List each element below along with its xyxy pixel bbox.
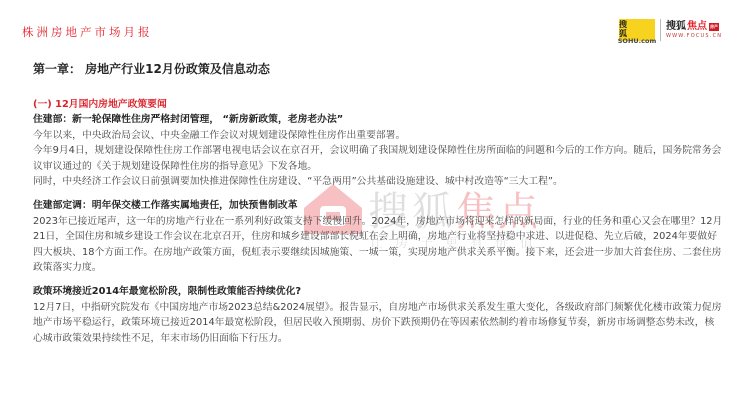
focus-logo-tag: 房产 (709, 23, 719, 31)
focus-logo: 搜狐 焦点 房产 WWW.FOCUS.CN (666, 21, 722, 40)
content-body: (一) 12月国内房地产政策要闻 住建部：新一轮保障性住房严格封闭管理， “新房… (33, 97, 723, 346)
chapter-title: 第一章： 房地产行业12月份政策及信息动态 (33, 60, 270, 77)
logo-divider (660, 19, 661, 41)
focus-logo-main: 搜狐 (666, 21, 686, 33)
article-paragraph: 12月7日，中指研究院发布《中国房地产市场2023总结&2024展望》。报告显示… (33, 300, 723, 346)
article: 住建部：新一轮保障性住房严格封闭管理， “新房新政策，老房老办法” 今年以来，中… (33, 112, 723, 189)
brand-logos: 搜 狐 SOHU.com 搜狐 焦点 房产 WWW.FOCUS.CN (619, 19, 722, 41)
article: 住建部定调：明年保交楼工作落实属地责任，加快预售制改革 2023年已接近尾声，这… (33, 198, 723, 275)
article-heading: 住建部：新一轮保障性住房严格封闭管理， “新房新政策，老房老办法” (33, 112, 723, 127)
article-paragraph: 今年9月4日，规划建设保障性住房工作部署电视电话会议在京召开，会议明确了我国规划… (33, 143, 723, 174)
focus-logo-red: 焦点 (687, 21, 707, 33)
article-heading: 政策环境接近2014年最宽松阶段，限制性政策能否持续优化? (33, 284, 723, 299)
article-paragraph: 2023年已接近尾声，这一年的房地产行业在一系列利好政策支持下缓慢回升。2024… (33, 214, 723, 276)
sohu-logo: 搜 狐 SOHU.com (619, 19, 655, 41)
sohu-logo-bottom: SOHU.com (618, 38, 657, 45)
sohu-logo-top: 搜 狐 (619, 20, 655, 38)
focus-logo-url: WWW.FOCUS.CN (666, 33, 722, 40)
article-heading: 住建部定调：明年保交楼工作落实属地责任，加快预售制改革 (33, 198, 723, 213)
section-heading: (一) 12月国内房地产政策要闻 (33, 97, 723, 112)
article-paragraph: 同时，中央经济工作会议日前强调要加快推进保障性住房建设、“平急两用”公共基础设施… (33, 174, 723, 189)
report-title: 株洲房地产市场月报 (22, 24, 153, 40)
article-paragraph: 今年以来，中央政治局会议、中央金融工作会议对规划建设保障性住房作出重要部署。 (33, 128, 723, 143)
article: 政策环境接近2014年最宽松阶段，限制性政策能否持续优化? 12月7日，中指研究… (33, 284, 723, 346)
